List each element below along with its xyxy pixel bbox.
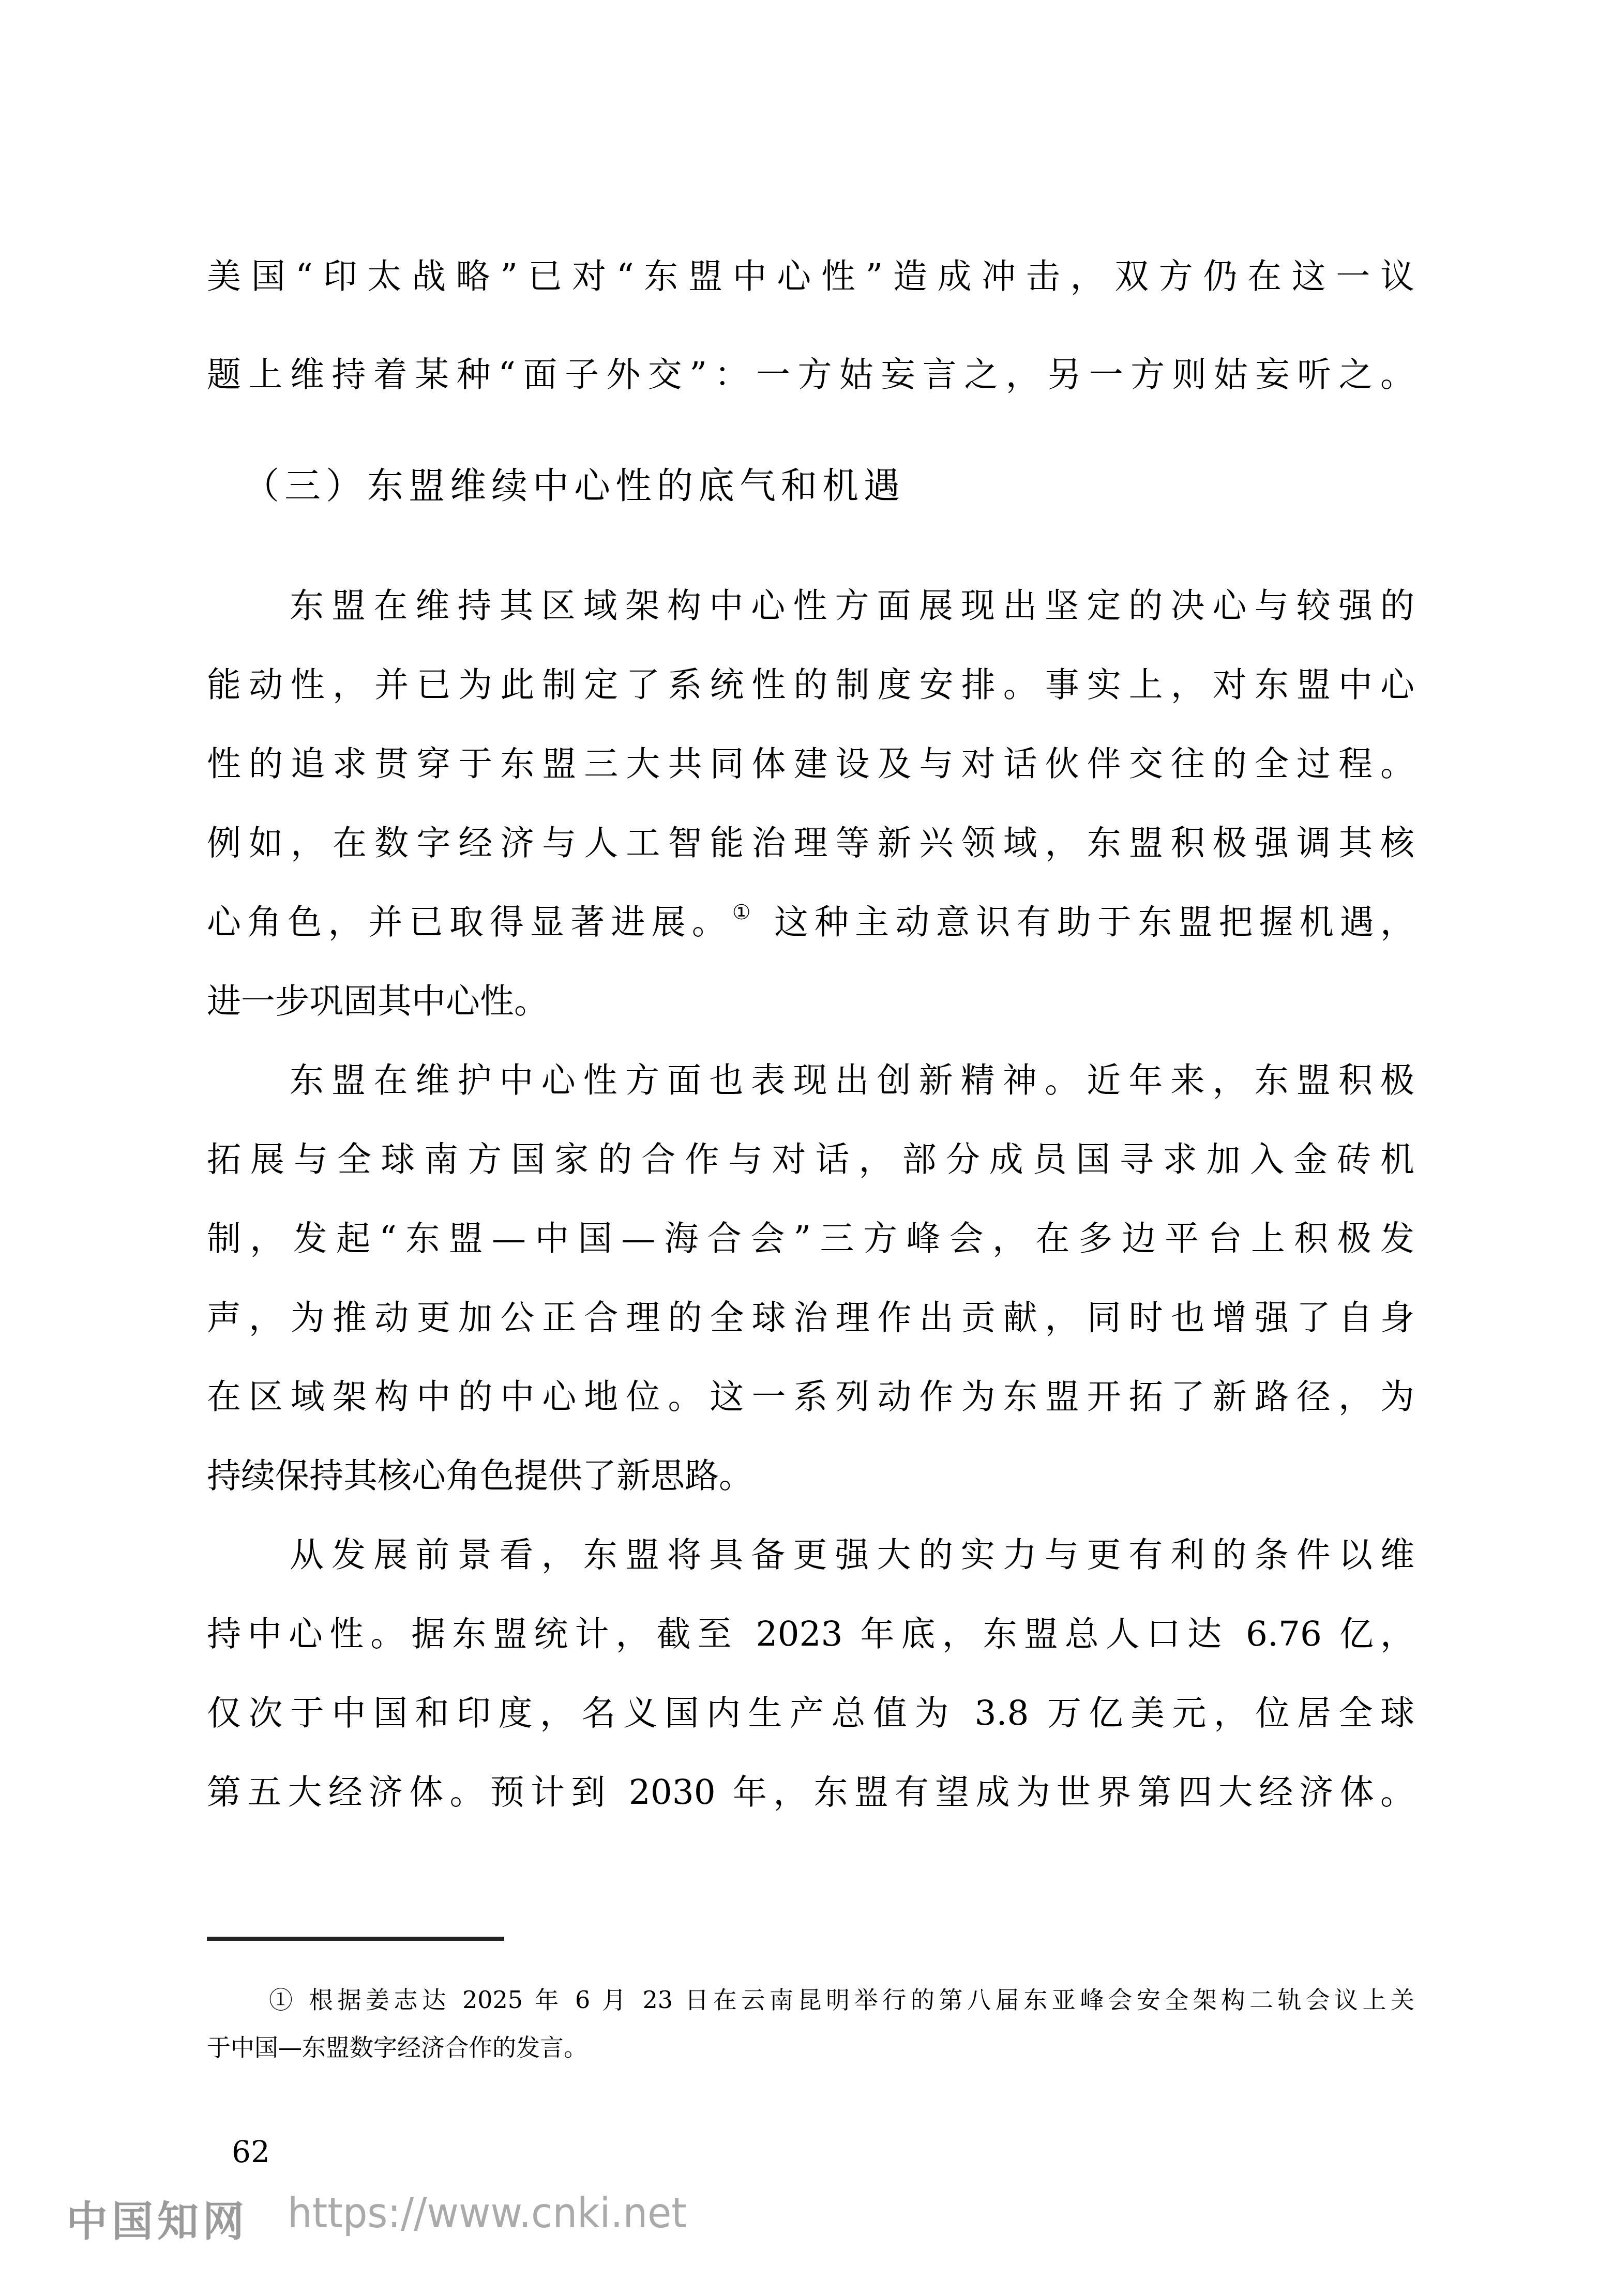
paragraph-line: 东盟在维持其区域架构中心性方面展现出坚定的决心与较强的 <box>207 566 1414 645</box>
paragraph-line: 能动性，并已为此制定了系统性的制度安排。事实上，对东盟中心 <box>207 645 1414 724</box>
lead-paragraph: 美国“印太战略”已对“东盟中心性”造成冲击，双方仍在这一议题上维持着某种“面子外… <box>207 227 1414 424</box>
paragraph-line: 从发展前景看，东盟将具备更强大的实力与更有利的条件以维 <box>207 1515 1414 1594</box>
page-number: 62 <box>232 2134 270 2169</box>
paragraph-line: 声，为推动更加公正合理的全球治理作出贡献，同时也增强了自身 <box>207 1278 1414 1357</box>
footnote-line: ① 根据姜志达 2025 年 6 月 23 日在云南昆明举行的第八届东亚峰会安全… <box>207 1976 1414 2024</box>
footnote-ref-marker: ① <box>732 901 757 924</box>
paragraph-line: 拓展与全球南方国家的合作与对话，部分成员国寻求加入金砖机 <box>207 1120 1414 1199</box>
footnote: ① 根据姜志达 2025 年 6 月 23 日在云南昆明举行的第八届东亚峰会安全… <box>207 1976 1414 2071</box>
paragraph-line: 持中心性。据东盟统计，截至 2023 年底，东盟总人口达 6.76 亿， <box>207 1594 1414 1674</box>
body-paragraphs: 东盟在维持其区域架构中心性方面展现出坚定的决心与较强的能动性，并已为此制定了系统… <box>207 566 1414 1832</box>
paragraph-line: 进一步巩固其中心性。 <box>207 962 1414 1041</box>
footnote-line: 于中国—东盟数字经济合作的发言。 <box>207 2024 1414 2071</box>
footnote-separator <box>207 1937 504 1941</box>
paragraph-line: 例如，在数字经济与人工智能治理等新兴领域，东盟积极强调其核 <box>207 803 1414 883</box>
paragraph-line: 心角色，并已取得显著进展。① 这种主动意识有助于东盟把握机遇， <box>207 883 1414 962</box>
paragraph: 东盟在维持其区域架构中心性方面展现出坚定的决心与较强的能动性，并已为此制定了系统… <box>207 566 1414 1041</box>
lead-paragraph-line: 美国“印太战略”已对“东盟中心性”造成冲击，双方仍在这一议 <box>207 227 1414 326</box>
paragraph: 从发展前景看，东盟将具备更强大的实力与更有利的条件以维持中心性。据东盟统计，截至… <box>207 1515 1414 1832</box>
paragraph: 东盟在维护中心性方面也表现出创新精神。近年来，东盟积极拓展与全球南方国家的合作与… <box>207 1041 1414 1515</box>
document-page: { "page": { "background": "#ffffff", "te… <box>0 0 1613 2296</box>
paragraph-line: 东盟在维护中心性方面也表现出创新精神。近年来，东盟积极 <box>207 1041 1414 1120</box>
lead-paragraph-line: 题上维持着某种“面子外交”：一方姑妄言之，另一方则姑妄听之。 <box>207 326 1414 424</box>
page-content: 美国“印太战略”已对“东盟中心性”造成冲击，双方仍在这一议题上维持着某种“面子外… <box>207 227 1414 1832</box>
paragraph-line: 第五大经济体。预计到 2030 年，东盟有望成为世界第四大经济体。 <box>207 1753 1414 1832</box>
cnki-watermark-logo: 中国知网 <box>66 2188 248 2247</box>
paragraph-line: 持续保持其核心角色提供了新思路。 <box>207 1436 1414 1515</box>
paragraph-line: 性的追求贯穿于东盟三大共同体建设及与对话伙伴交往的全过程。 <box>207 724 1414 803</box>
section-heading: （三）东盟维续中心性的底气和机遇 <box>243 445 1414 527</box>
paragraph-line: 仅次于中国和印度，名义国内生产总值为 3.8 万亿美元，位居全球 <box>207 1674 1414 1753</box>
cnki-watermark-url: https://www.cnki.net <box>288 2189 687 2237</box>
paragraph-line: 制，发起“东盟—中国—海合会”三方峰会，在多边平台上积极发 <box>207 1199 1414 1278</box>
paragraph-line: 在区域架构中的中心地位。这一系列动作为东盟开拓了新路径，为 <box>207 1357 1414 1436</box>
